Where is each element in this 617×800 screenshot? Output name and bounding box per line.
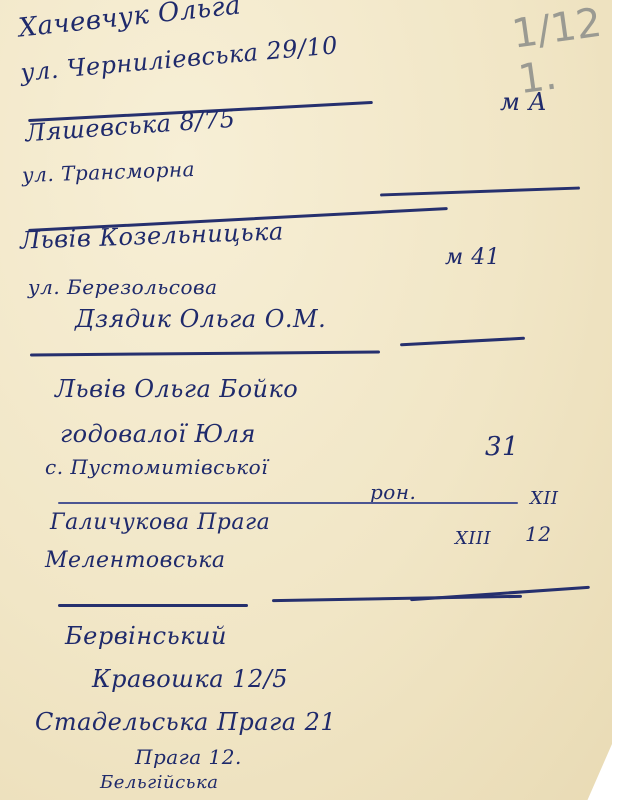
entry-5-line-2: Мелентовська bbox=[45, 548, 226, 573]
entry-2-note: м А bbox=[500, 88, 547, 116]
entry-4-line-3: с. Пустомитівської bbox=[45, 455, 268, 479]
entry-2-line-1: Ляшевська 8/75 bbox=[24, 105, 236, 148]
entry-6-line-1: Бервінський bbox=[65, 622, 227, 650]
entry-6-line-5: Бельгійська bbox=[100, 772, 218, 793]
entry-6-line-2: Кравошка 12/5 bbox=[92, 665, 288, 693]
entry-5-number-mid: XIII bbox=[455, 528, 491, 549]
entry-6-line-3: Стадельська Прага 21 bbox=[35, 708, 336, 736]
entry-1-line-2: ул. Черниліевська 29/10 bbox=[19, 31, 339, 87]
entry-3-line-3: Дзядик Ольга О.М. bbox=[75, 305, 326, 333]
divider bbox=[380, 187, 580, 197]
entry-3-line-1: Львів Козельницька bbox=[20, 217, 285, 254]
entry-4-line-4: рон. bbox=[370, 480, 416, 504]
entry-4-number: 31 bbox=[485, 432, 519, 462]
entry-4-line-1: Львів Ольга Бойко bbox=[55, 375, 298, 403]
entry-5-number-right: 12 bbox=[525, 522, 551, 546]
entry-4-line-2: годовалої Юля bbox=[60, 420, 256, 448]
entry-1-line-1: Хачевчук Ольга bbox=[17, 0, 242, 44]
paper-sheet: 1/12 1. Хачевчук Ольга ул. Черниліевська… bbox=[0, 0, 612, 800]
entry-3-number: м 41 bbox=[445, 245, 500, 270]
entry-5-number-top: XII bbox=[530, 488, 559, 509]
entry-6-line-4: Прага 12. bbox=[135, 745, 242, 769]
divider bbox=[272, 595, 522, 602]
divider bbox=[58, 604, 248, 607]
entry-2-line-2: ул. Трансморна bbox=[22, 157, 196, 187]
divider bbox=[30, 350, 380, 356]
divider bbox=[58, 502, 518, 504]
entry-5-line-1: Галичукова Прага bbox=[50, 510, 270, 535]
divider bbox=[400, 337, 525, 347]
entry-3-line-2: ул. Березольсова bbox=[28, 275, 218, 299]
